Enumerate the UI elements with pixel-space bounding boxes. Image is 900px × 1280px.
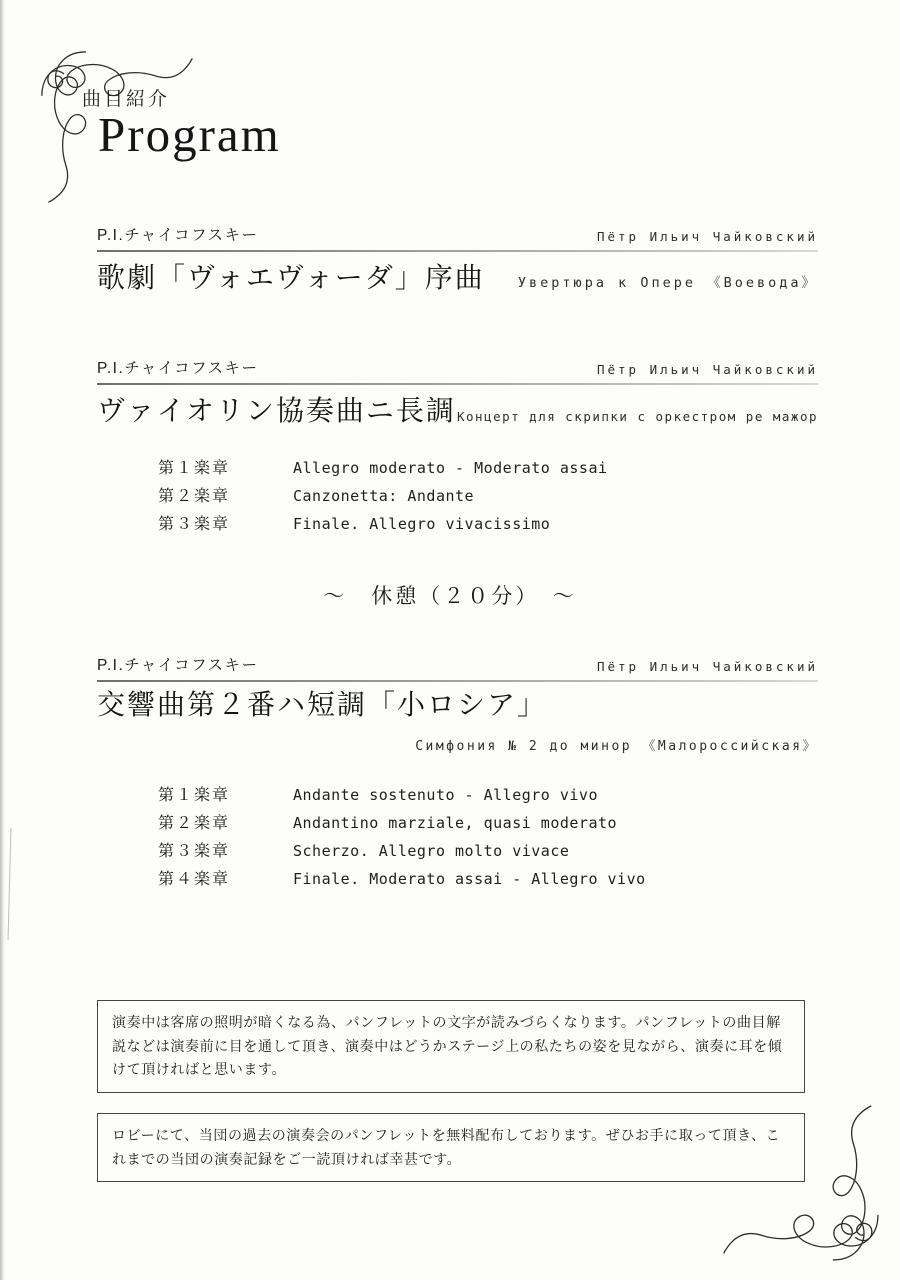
scan-artifact-line (8, 828, 12, 940)
scan-edge-shadow (0, 0, 7, 1280)
piece-2-title-jp: ヴァイオリン協奏曲ニ長調 (97, 394, 456, 428)
piece-2-divider (97, 383, 818, 385)
piece-1-composer-ru: Пётр Ильич Чайковский (597, 229, 818, 245)
movement-number: 第１楽章 (158, 455, 293, 478)
piece-3-divider (97, 680, 818, 682)
movement-number: 第４楽章 (158, 866, 293, 889)
movement-row: 第４楽章 Finale. Moderato assai - Allegro vi… (158, 866, 646, 889)
intermission-note: ～ 休憩（２０分） ～ (0, 580, 900, 610)
movement-number: 第２楽章 (158, 483, 293, 506)
movement-number: 第１楽章 (158, 782, 293, 805)
piece-3-composer-jp: P.I.チャイコフスキー (97, 653, 259, 675)
notice-box-lighting: 演奏中は客席の照明が暗くなる為、パンフレットの文字が読みづらくなります。パンフレ… (97, 1000, 805, 1093)
piece-2-title-row: ヴァイオリン協奏曲ニ長調 Концерт для скрипки с оркес… (97, 390, 818, 428)
page-title: Program (98, 108, 281, 162)
movement-row: 第１楽章 Andante sostenuto - Allegro vivo (158, 782, 598, 805)
piece-3-title-ru: Симфония № 2 до минор 《Малороссийская》 (97, 735, 818, 754)
movement-number: 第３楽章 (158, 838, 293, 861)
piece-3-title-row: 交響曲第２番ハ短調「小ロシア」 (97, 688, 818, 722)
movement-number: 第２楽章 (158, 810, 293, 833)
piece-2-title-ru: Концерт для скрипки с оркестром ре мажор (457, 409, 818, 428)
piece-1-title-jp: 歌劇「ヴォエヴォーダ」序曲 (97, 261, 485, 295)
movement-tempo: Finale. Moderato assai - Allegro vivo (293, 870, 646, 888)
movement-row: 第３楽章 Finale. Allegro vivacissimo (158, 511, 550, 534)
movement-number: 第３楽章 (158, 511, 293, 534)
piece-1-title-row: 歌劇「ヴォエヴォーダ」序曲 Увертюра к Опере 《Воевода》 (97, 257, 818, 295)
movement-tempo: Canzonetta: Andante (293, 487, 474, 505)
movement-tempo: Andantino marziale, quasi moderato (293, 814, 617, 832)
piece-3-composer-row: P.I.チャイコフスキー Пётр Ильич Чайковский (97, 649, 818, 675)
piece-1-composer-jp: P.I.チャイコフスキー (97, 223, 259, 245)
movement-tempo: Andante sostenuto - Allegro vivo (293, 786, 598, 804)
piece-2-composer-ru: Пётр Ильич Чайковский (597, 362, 818, 378)
piece-2-composer-row: P.I.チャイコフスキー Пётр Ильич Чайковский (97, 352, 818, 378)
piece-2-composer-jp: P.I.チャイコフスキー (97, 356, 259, 378)
movement-row: 第１楽章 Allegro moderato - Moderato assai (158, 455, 608, 478)
movement-row: 第３楽章 Scherzo. Allegro molto vivace (158, 838, 569, 861)
program-page: 曲目紹介 Program P.I.チャイコフスキー Пётр Ильич Чай… (0, 0, 900, 1280)
movement-row: 第２楽章 Andantino marziale, quasi moderato (158, 810, 617, 833)
piece-1-composer-row: P.I.チャイコフスキー Пётр Ильич Чайковский (97, 219, 818, 245)
piece-1-divider (97, 250, 818, 252)
movement-tempo: Scherzo. Allegro molto vivace (293, 842, 569, 860)
movement-row: 第２楽章 Canzonetta: Andante (158, 483, 474, 506)
notice-box-lobby: ロビーにて、当団の過去の演奏会のパンフレットを無料配布しております。ぜひお手に取… (97, 1113, 805, 1182)
piece-3-composer-ru: Пётр Ильич Чайковский (597, 659, 818, 675)
piece-3-title-jp: 交響曲第２番ハ短調「小ロシア」 (97, 689, 547, 720)
movement-tempo: Finale. Allegro vivacissimo (293, 515, 550, 533)
corner-flourish-icon (722, 1104, 884, 1266)
movement-tempo: Allegro moderato - Moderato assai (293, 459, 608, 477)
piece-1-title-ru: Увертюра к Опере 《Воевода》 (518, 271, 818, 295)
